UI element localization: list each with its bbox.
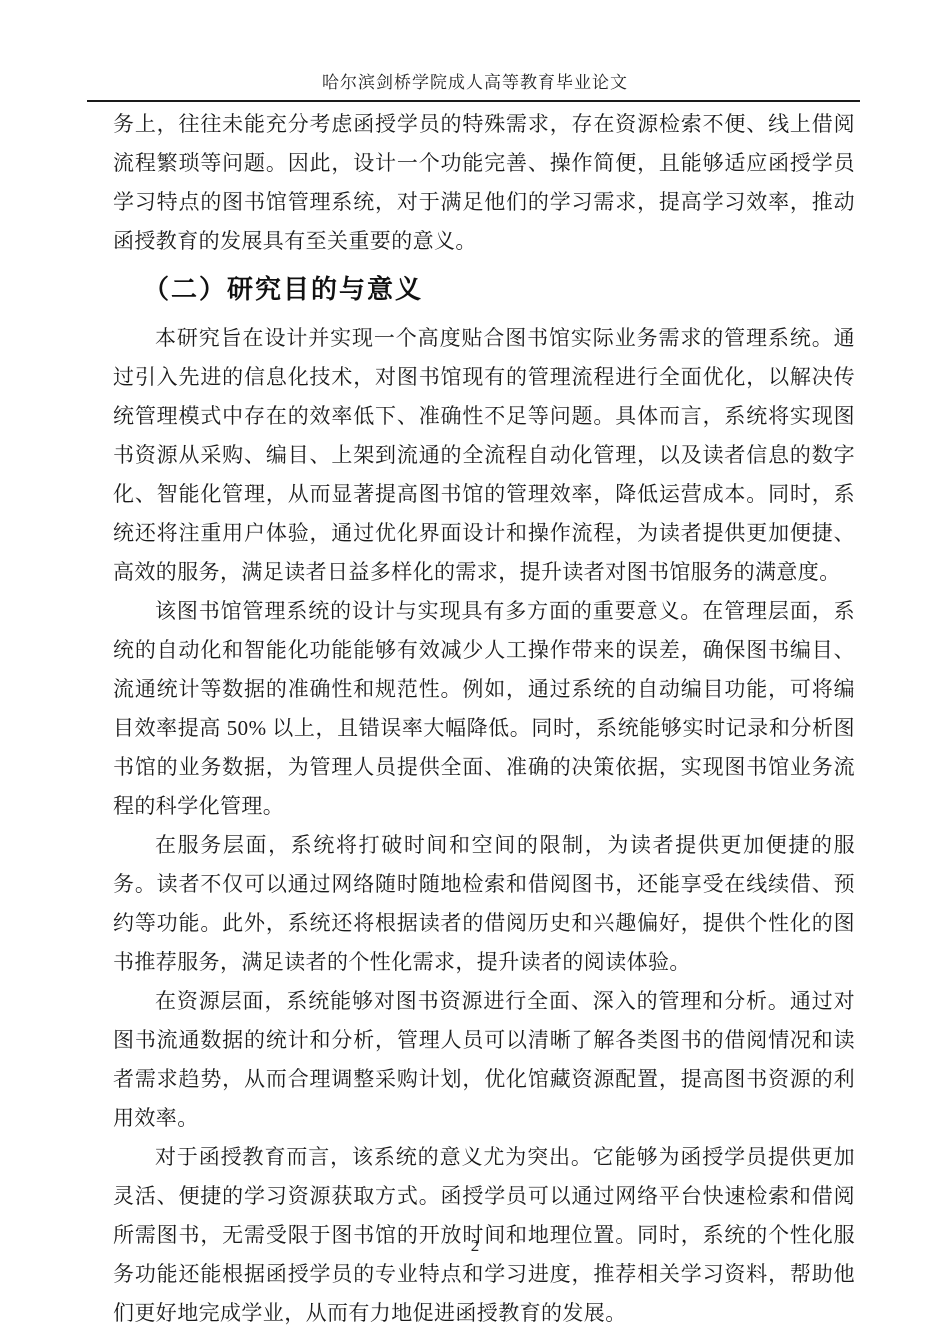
page-number: 2 bbox=[0, 1236, 950, 1256]
paragraph-resource-significance: 在资源层面，系统能够对图书资源进行全面、深入的管理和分析。通过对图书流通数据的统… bbox=[113, 982, 855, 1138]
section-heading-research-purpose: （二）研究目的与意义 bbox=[113, 267, 855, 313]
running-header-title: 哈尔滨剑桥学院成人高等教育毕业论文 bbox=[0, 68, 950, 93]
continuation-paragraph: 务上，往往未能充分考虑函授学员的特殊需求，存在资源检索不便、线上借阅流程繁琐等问… bbox=[113, 105, 855, 261]
document-body: 务上，往往未能充分考虑函授学员的特殊需求，存在资源检索不便、线上借阅流程繁琐等问… bbox=[113, 105, 855, 1333]
paragraph-research-overview: 本研究旨在设计并实现一个高度贴合图书馆实际业务需求的管理系统。通过引入先进的信息… bbox=[113, 319, 855, 592]
header-rule-divider bbox=[87, 100, 860, 102]
paragraph-service-significance: 在服务层面，系统将打破时间和空间的限制，为读者提供更加便捷的服务。读者不仅可以通… bbox=[113, 826, 855, 982]
paragraph-management-significance: 该图书馆管理系统的设计与实现具有多方面的重要意义。在管理层面，系统的自动化和智能… bbox=[113, 592, 855, 826]
thesis-page: 哈尔滨剑桥学院成人高等教育毕业论文 务上，往往未能充分考虑函授学员的特殊需求，存… bbox=[0, 0, 950, 1344]
